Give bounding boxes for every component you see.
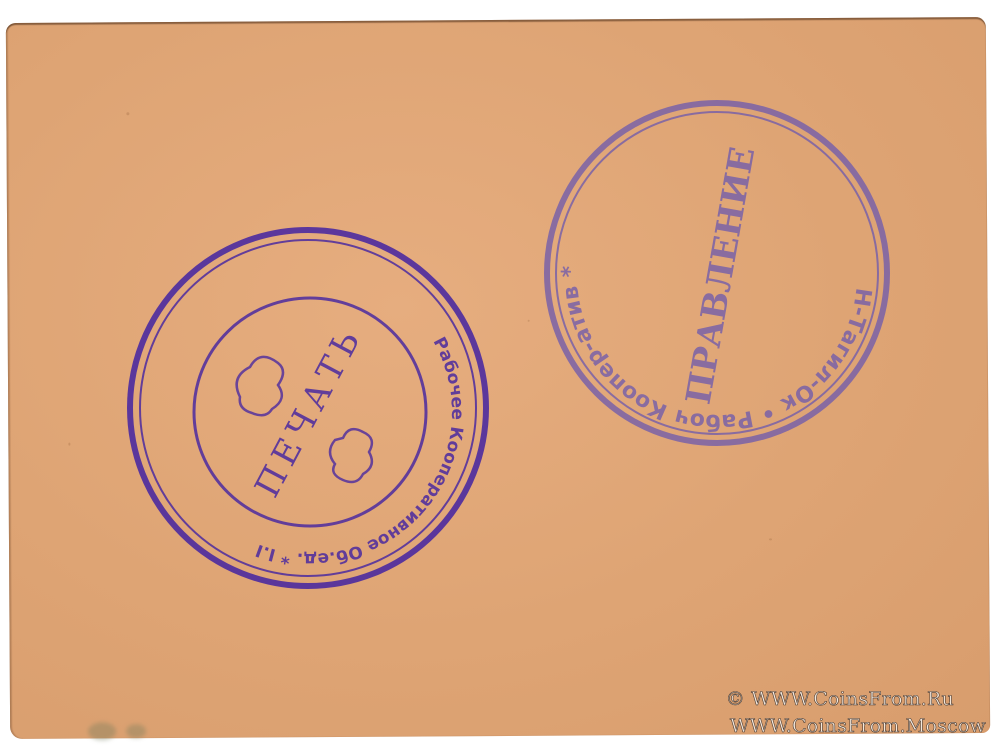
- paper-speck: [126, 112, 129, 115]
- right-stamp-center-text: ПРАВЛЕНИЕ: [679, 144, 764, 407]
- watermark-line-1: © WWW.CoinsFrom.Ru: [726, 688, 954, 710]
- paper-speck: [68, 443, 70, 446]
- paper-stain: [126, 724, 146, 738]
- paper-speck: [769, 538, 772, 540]
- right-round-stamp: Н-Тагил-Ок • Рабоч Коопер-атив * ПРАВЛЕН…: [536, 94, 898, 456]
- paper-speck: [528, 320, 530, 322]
- watermark-line-2: WWW.CoinsFrom.Moscow: [730, 715, 986, 737]
- left-round-stamp: Рабочее Кооперативное Об.ед. * I.I ПЕЧАТ…: [120, 222, 500, 602]
- left-stamp-center-text: ПЕЧАТЬ: [247, 319, 371, 504]
- paper-stain: [88, 722, 116, 740]
